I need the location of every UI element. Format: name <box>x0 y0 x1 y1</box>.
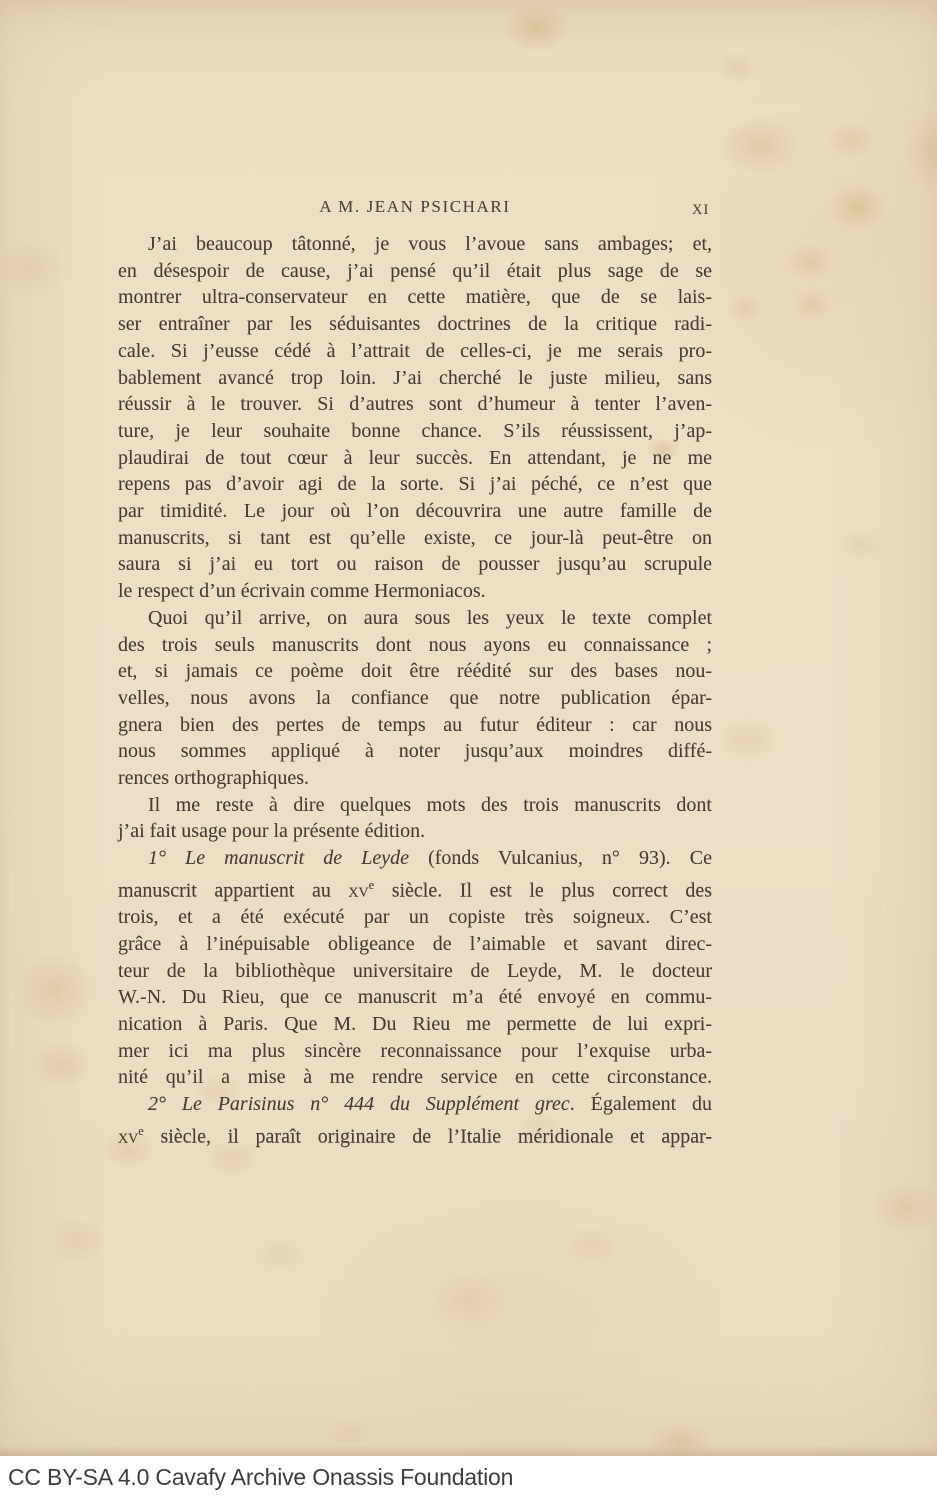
text-segment: repens pas d’avoir agi de la sorte. Si j… <box>118 473 712 495</box>
scanned-page-view: A M. JEAN PSICHARI XI J’ai beaucoup tâto… <box>0 0 937 1498</box>
text-line: Quoi qu’il arrive, on aura sous les yeux… <box>118 605 712 632</box>
text-segment: rences orthographiques. <box>118 767 309 789</box>
text-segment: cale. Si j’eusse cédé à l’attrait de cel… <box>118 340 712 362</box>
text-line: Il me reste à dire quelques mots des tro… <box>118 792 712 819</box>
text-segment: saura si j’ai eu tort ou raison de pouss… <box>118 553 712 575</box>
text-line: ture, je leur souhaite bonne chance. S’i… <box>118 418 712 445</box>
license-bar: CC BY-SA 4.0 Cavafy Archive Onassis Foun… <box>0 1456 937 1498</box>
text-segment: xv <box>348 880 368 902</box>
text-line: nous sommes appliqué à noter jusqu’aux m… <box>118 738 712 765</box>
text-line: teur de la bibliothèque universitaire de… <box>118 958 712 985</box>
text-segment: xv <box>118 1126 138 1148</box>
text-line: repens pas d’avoir agi de la sorte. Si j… <box>118 471 712 498</box>
running-header-title: A M. JEAN PSICHARI <box>118 197 712 217</box>
text-line: velles, nous avons la confiance que notr… <box>118 685 712 712</box>
text-line: 2° Le Parisinus n° 444 du Supplément gre… <box>118 1091 712 1118</box>
text-line: par timidité. Le jour où l’on découvrira… <box>118 498 712 525</box>
text-segment: siècle, il paraît originaire de l’Italie… <box>144 1126 712 1148</box>
text-segment: grâce à l’inépuisable obligeance de l’ai… <box>118 933 712 955</box>
text-segment: ser entraîner par les séduisantes doctri… <box>118 313 712 335</box>
text-segment: par timidité. Le jour où l’on découvrira… <box>118 500 712 522</box>
text-segment: réussir à le trouver. Si d’autres sont d… <box>118 393 712 415</box>
text-line: j’ai fait usage pour la présente édition… <box>118 818 712 845</box>
text-segment: J’ai beaucoup tâtonné, je vous l’avoue s… <box>148 233 712 255</box>
text-segment: Il me reste à dire quelques mots des tro… <box>148 794 712 816</box>
text-line: et, si jamais ce poème doit être réédité… <box>118 658 712 685</box>
text-segment: trois, et a été exécuté par un copiste t… <box>118 906 712 928</box>
text-segment: 2° Le Parisinus n° 444 du Supplément gre… <box>148 1093 570 1115</box>
page-text: J’ai beaucoup tâtonné, je vous l’avoue s… <box>118 231 712 1150</box>
text-segment: bablement avancé trop loin. J’ai cherché… <box>118 367 712 389</box>
text-line: bablement avancé trop loin. J’ai cherché… <box>118 365 712 392</box>
text-segment: mer ici ma plus sincère reconnaissance p… <box>118 1040 712 1062</box>
text-line: J’ai beaucoup tâtonné, je vous l’avoue s… <box>118 231 712 258</box>
text-segment: des trois seuls manuscrits dont nous ayo… <box>118 634 712 656</box>
text-line: réussir à le trouver. Si d’autres sont d… <box>118 391 712 418</box>
text-line: en désespoir de cause, j’ai pensé qu’il … <box>118 258 712 285</box>
text-segment: gnera bien des pertes de temps au futur … <box>118 714 712 736</box>
text-line: manuscrits, si tant est qu’elle existe, … <box>118 525 712 552</box>
text-line: montrer ultra-conservateur en cette mati… <box>118 284 712 311</box>
text-line: trois, et a été exécuté par un copiste t… <box>118 904 712 931</box>
text-line: xve siècle, il paraît originaire de l’It… <box>118 1118 712 1150</box>
text-line: nication à Paris. Que M. Du Rieu me perm… <box>118 1011 712 1038</box>
text-segment: (fonds Vulcanius, n° 93). Ce <box>409 847 712 869</box>
text-line: des trois seuls manuscrits dont nous ayo… <box>118 632 712 659</box>
text-segment: nité qu’il a mise à me rendre service en… <box>118 1066 712 1088</box>
text-line: ser entraîner par les séduisantes doctri… <box>118 311 712 338</box>
text-segment: velles, nous avons la confiance que notr… <box>118 687 712 709</box>
text-line: W.-N. Du Rieu, que ce manuscrit m’a été … <box>118 984 712 1011</box>
text-line: saura si j’ai eu tort ou raison de pouss… <box>118 551 712 578</box>
text-segment: W.-N. Du Rieu, que ce manuscrit m’a été … <box>118 986 712 1008</box>
text-line: rences orthographiques. <box>118 765 712 792</box>
license-text: CC BY-SA 4.0 Cavafy Archive Onassis Foun… <box>8 1464 513 1491</box>
text-line: cale. Si j’eusse cédé à l’attrait de cel… <box>118 338 712 365</box>
text-segment: manuscrits, si tant est qu’elle existe, … <box>118 527 712 549</box>
text-segment: siècle. Il est le plus correct des <box>374 880 712 902</box>
text-line: gnera bien des pertes de temps au futur … <box>118 712 712 739</box>
text-segment: et, si jamais ce poème doit être réédité… <box>118 660 712 682</box>
text-segment: teur de la bibliothèque universitaire de… <box>118 960 712 982</box>
page-number: XI <box>692 202 709 219</box>
book-page: A M. JEAN PSICHARI XI J’ai beaucoup tâto… <box>0 0 937 1456</box>
text-line: manuscrit appartient au xve siècle. Il e… <box>118 872 712 904</box>
text-line: grâce à l’inépuisable obligeance de l’ai… <box>118 931 712 958</box>
text-segment: Quoi qu’il arrive, on aura sous les yeux… <box>148 607 712 629</box>
text-segment: manuscrit appartient au <box>118 880 348 902</box>
text-line: nité qu’il a mise à me rendre service en… <box>118 1064 712 1091</box>
text-segment: plaudirai de tout cœur à leur succès. En… <box>118 447 712 469</box>
text-segment: en désespoir de cause, j’ai pensé qu’il … <box>118 260 712 282</box>
text-line: le respect d’un écrivain comme Hermoniac… <box>118 578 712 605</box>
text-segment: ture, je leur souhaite bonne chance. S’i… <box>118 420 712 442</box>
text-line: mer ici ma plus sincère reconnaissance p… <box>118 1038 712 1065</box>
text-segment: 1° Le manuscrit de Leyde <box>148 847 409 869</box>
text-segment: j’ai fait usage pour la présente édition… <box>118 820 425 842</box>
text-segment: montrer ultra-conservateur en cette mati… <box>118 286 712 308</box>
text-segment: . Également du <box>570 1093 712 1115</box>
text-segment: le respect d’un écrivain comme Hermoniac… <box>118 580 486 602</box>
text-line: 1° Le manuscrit de Leyde (fonds Vulcaniu… <box>118 845 712 872</box>
text-segment: nication à Paris. Que M. Du Rieu me perm… <box>118 1013 712 1035</box>
text-line: plaudirai de tout cœur à leur succès. En… <box>118 445 712 472</box>
text-segment: nous sommes appliqué à noter jusqu’aux m… <box>118 740 712 762</box>
